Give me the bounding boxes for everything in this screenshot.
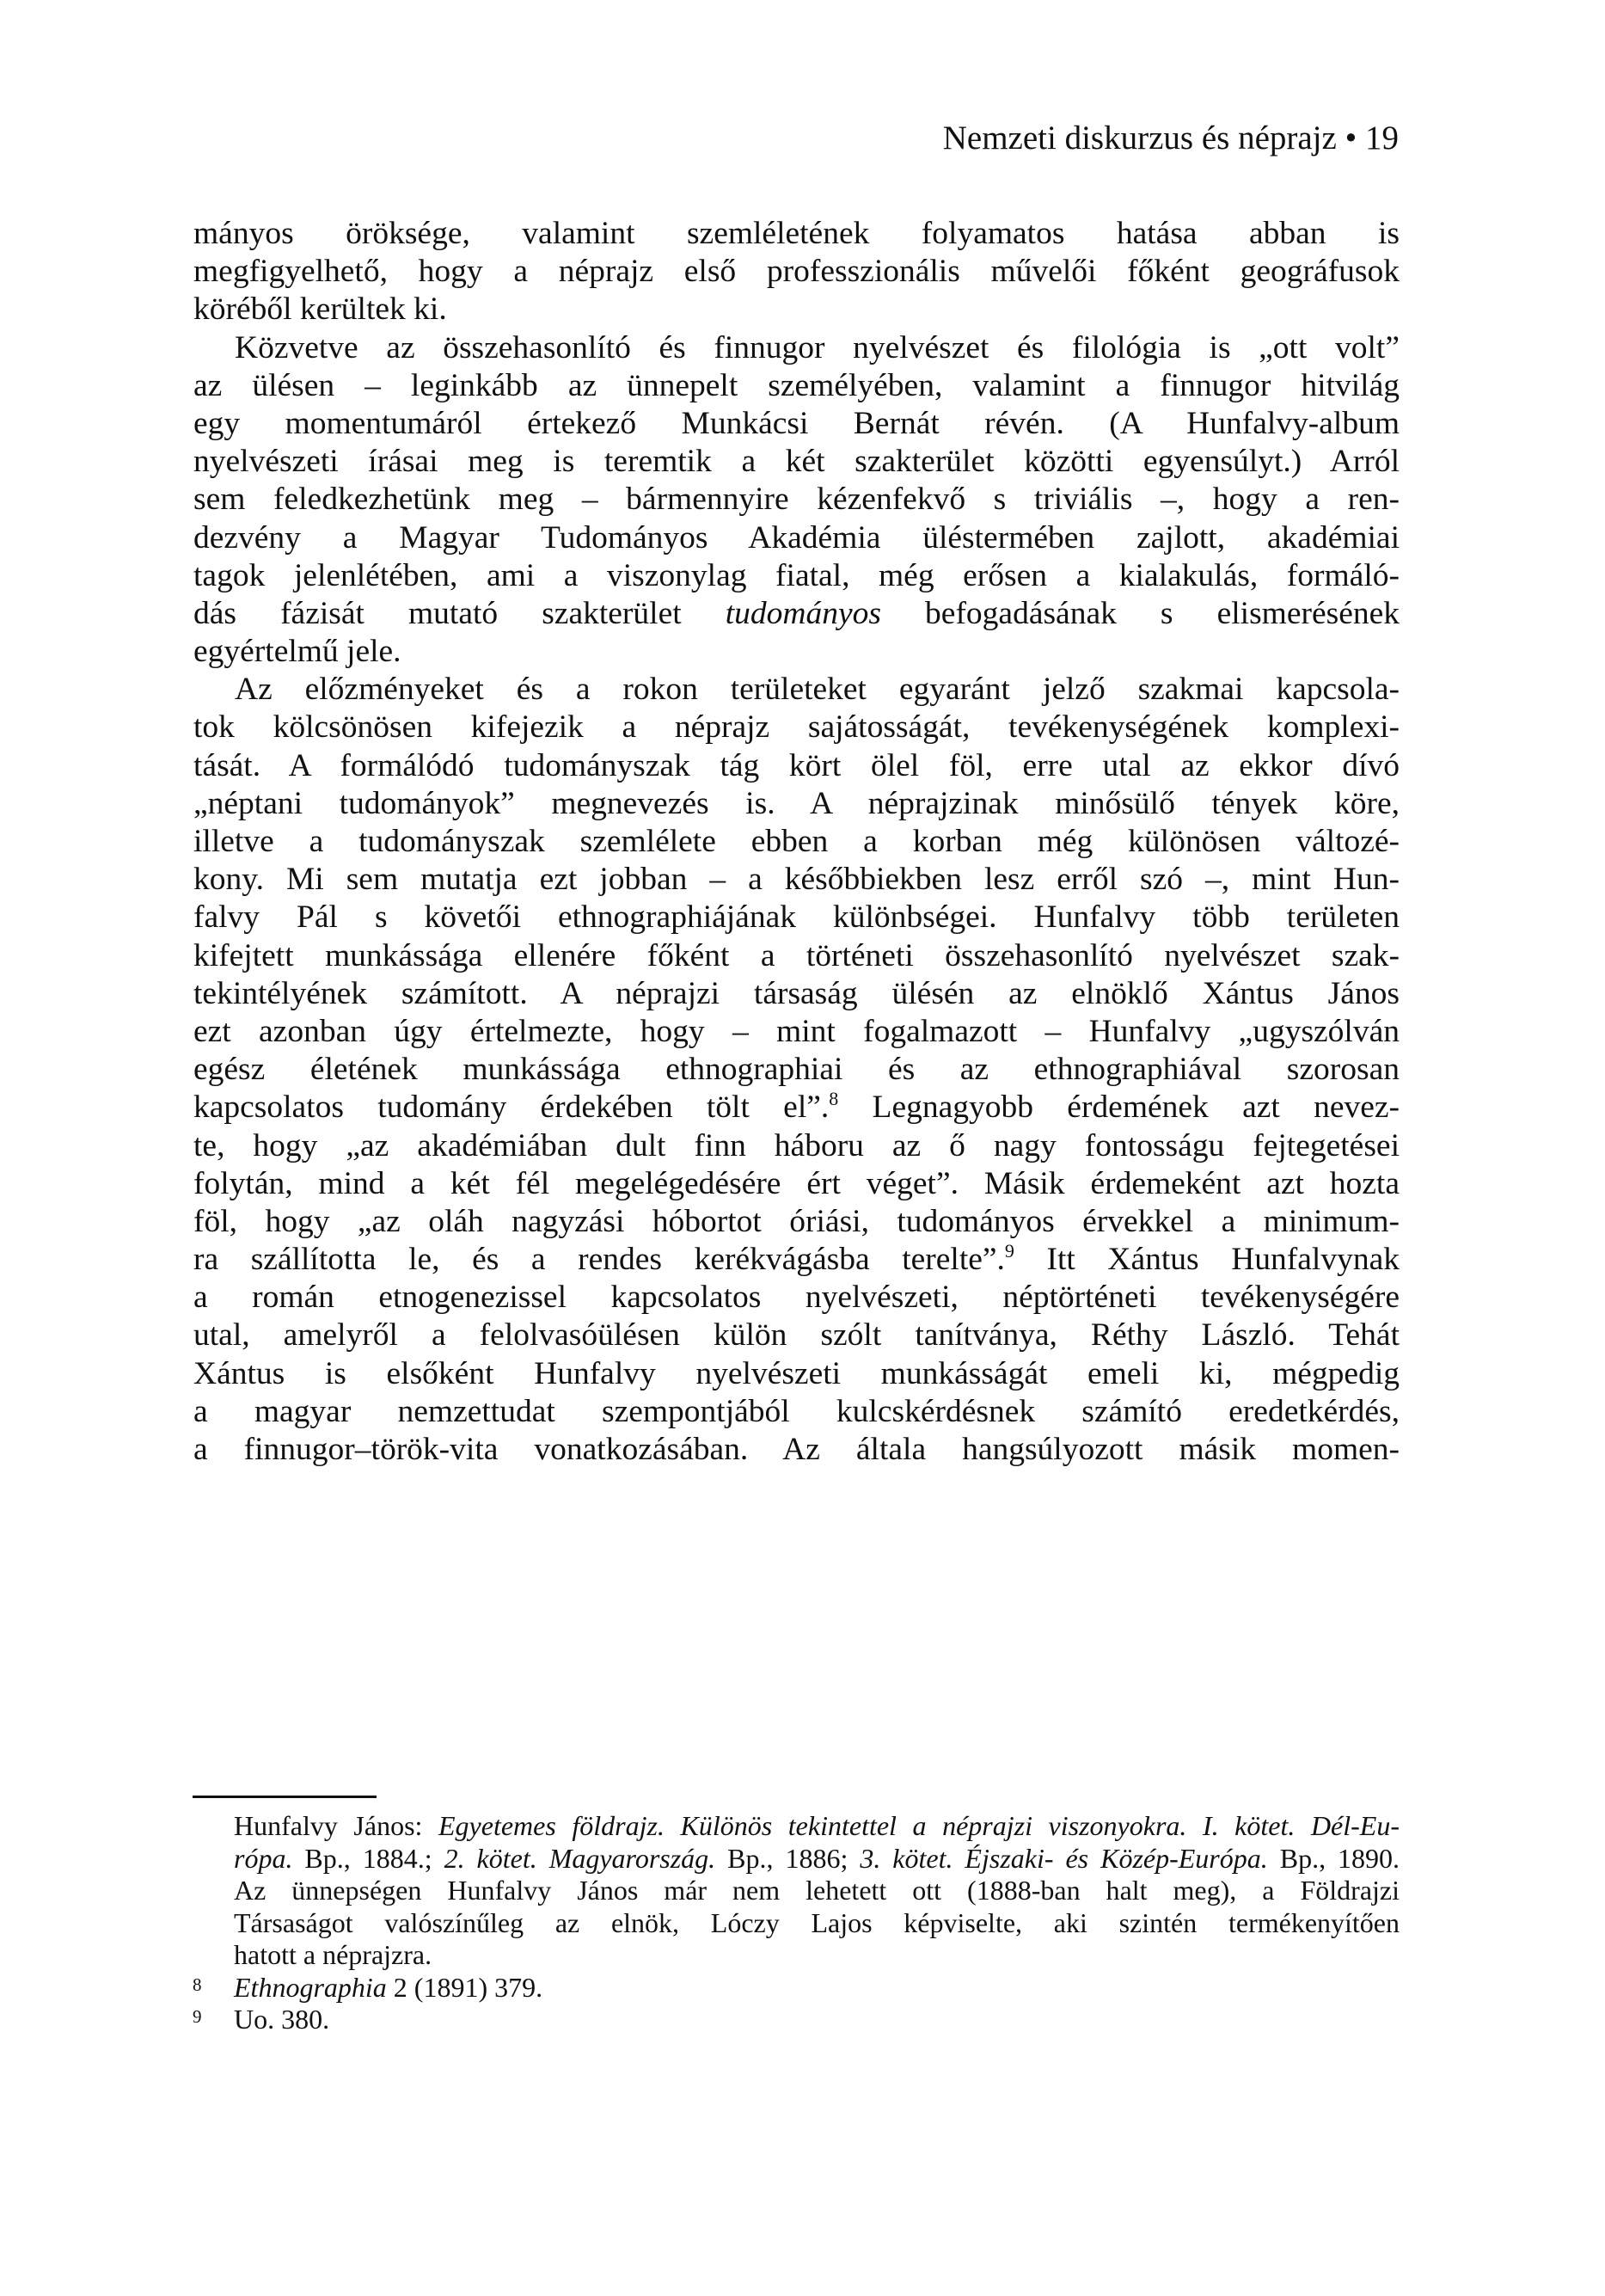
text-line: a román etnogenezissel kapcsolatos nyelv… (193, 1279, 1400, 1317)
footnote-ref-8[interactable]: 8 (829, 1088, 838, 1109)
text-line: te, hogy „az akadémiában dult finn hábor… (193, 1127, 1400, 1165)
footnote-continued: Hunfalvy János: Egyetemes földrajz. Külö… (234, 1810, 1400, 1972)
text-line: egy momentumáról értekező Munkácsi Berná… (193, 405, 1400, 443)
text-line: tok kölcsönösen kifejezik a néprajz sajá… (193, 709, 1400, 746)
text-line: föl, hogy „az oláh nagyzási hóbortot óri… (193, 1203, 1400, 1241)
footnote-number: 9 (193, 2004, 202, 2029)
text-line: dezvény a Magyar Tudományos Akadémia ülé… (193, 519, 1400, 557)
text-line: ezt azonban úgy értelmezte, hogy – mint … (193, 1013, 1400, 1051)
text-line: egyértelmű jele. (193, 633, 1400, 671)
page-number: 19 (1365, 120, 1399, 157)
text-line: a magyar nemzettudat szempontjából kulcs… (193, 1393, 1400, 1431)
footnote-line: Társaságot valószínűleg az elnök, Lóczy … (234, 1907, 1400, 1940)
text-line: folytán, mind a két fél megelégedésére é… (193, 1165, 1400, 1203)
text-line: tását. A formálódó tudományszak tág kört… (193, 747, 1400, 785)
text-line: kony. Mi sem mutatja ezt jobban – a késő… (193, 861, 1400, 899)
footnote-line: Az ünnepségen Hunfalvy János már nem leh… (234, 1875, 1400, 1907)
text-line: kapcsolatos tudomány érdekében tölt el”.… (193, 1089, 1400, 1127)
footnote-line: hatott a néprajzra. (234, 1939, 1400, 1972)
text-line: illetve a tudományszak szemlélete ebben … (193, 823, 1400, 861)
footnote-line: rópa. Bp., 1884.; 2. kötet. Magyarország… (234, 1843, 1400, 1875)
document-page: Nemzeti diskurzus és néprajz • 19 mányos… (0, 0, 1605, 2296)
text-line: tagok jelenlétében, ami a viszonylag fia… (193, 557, 1400, 595)
text-line: a finnugor–török-vita vonatkozásában. Az… (193, 1431, 1400, 1469)
paragraph-start-line: Közvetve az összehasonlító és finnugor n… (193, 329, 1400, 367)
text-line: sem feledkezhetünk meg – bármennyire kéz… (193, 481, 1400, 519)
bullet-separator-icon: • (1345, 120, 1357, 157)
text-line: tekintélyének számított. A néprajzi társ… (193, 975, 1400, 1013)
text-line: dás fázisát mutató szakterület tudományo… (193, 595, 1400, 633)
paragraph-start-line: Az előzményeket és a rokon területeket e… (193, 671, 1400, 709)
text-line: nyelvészeti írásai meg is teremtik a két… (193, 443, 1400, 481)
text-line: köréből kerültek ki. (193, 291, 1400, 328)
text-line: kifejtett munkássága ellenére főként a t… (193, 937, 1400, 975)
text-line: „néptani tudományok” megnevezés is. A né… (193, 785, 1400, 823)
running-title: Nemzeti diskurzus és néprajz (943, 120, 1337, 157)
footnote-separator-rule (193, 1796, 377, 1798)
footnote-9: 9 Uo. 380. (234, 2004, 1400, 2036)
footnote-8: 8 Ethnographia 2 (1891) 379. (234, 1972, 1400, 2004)
footnote-number: 8 (193, 1972, 202, 1998)
text-line: falvy Pál s követői ethnographiájának kü… (193, 899, 1400, 936)
main-text: mányos öröksége, valamint szemléletének … (193, 215, 1400, 1469)
text-line: az ülésen – leginkább az ünnepelt személ… (193, 367, 1400, 405)
text-line: egész életének munkássága ethnographiai … (193, 1051, 1400, 1089)
text-line: Xántus is elsőként Hunfalvy nyelvészeti … (193, 1355, 1400, 1393)
footnotes: Hunfalvy János: Egyetemes földrajz. Külö… (234, 1810, 1400, 2036)
running-header: Nemzeti diskurzus és néprajz • 19 (943, 119, 1399, 158)
text-line: megfigyelhető, hogy a néprajz első profe… (193, 253, 1400, 291)
text-line: mányos öröksége, valamint szemléletének … (193, 215, 1400, 253)
footnote-ref-9[interactable]: 9 (1005, 1240, 1014, 1262)
footnote-line: Hunfalvy János: Egyetemes földrajz. Külö… (234, 1810, 1400, 1843)
text-line: ra szállította le, és a rendes kerékvágá… (193, 1241, 1400, 1279)
text-line: utal, amelyről a felolvasóülésen külön s… (193, 1317, 1400, 1354)
italic-emphasis: tudományos (726, 596, 881, 631)
